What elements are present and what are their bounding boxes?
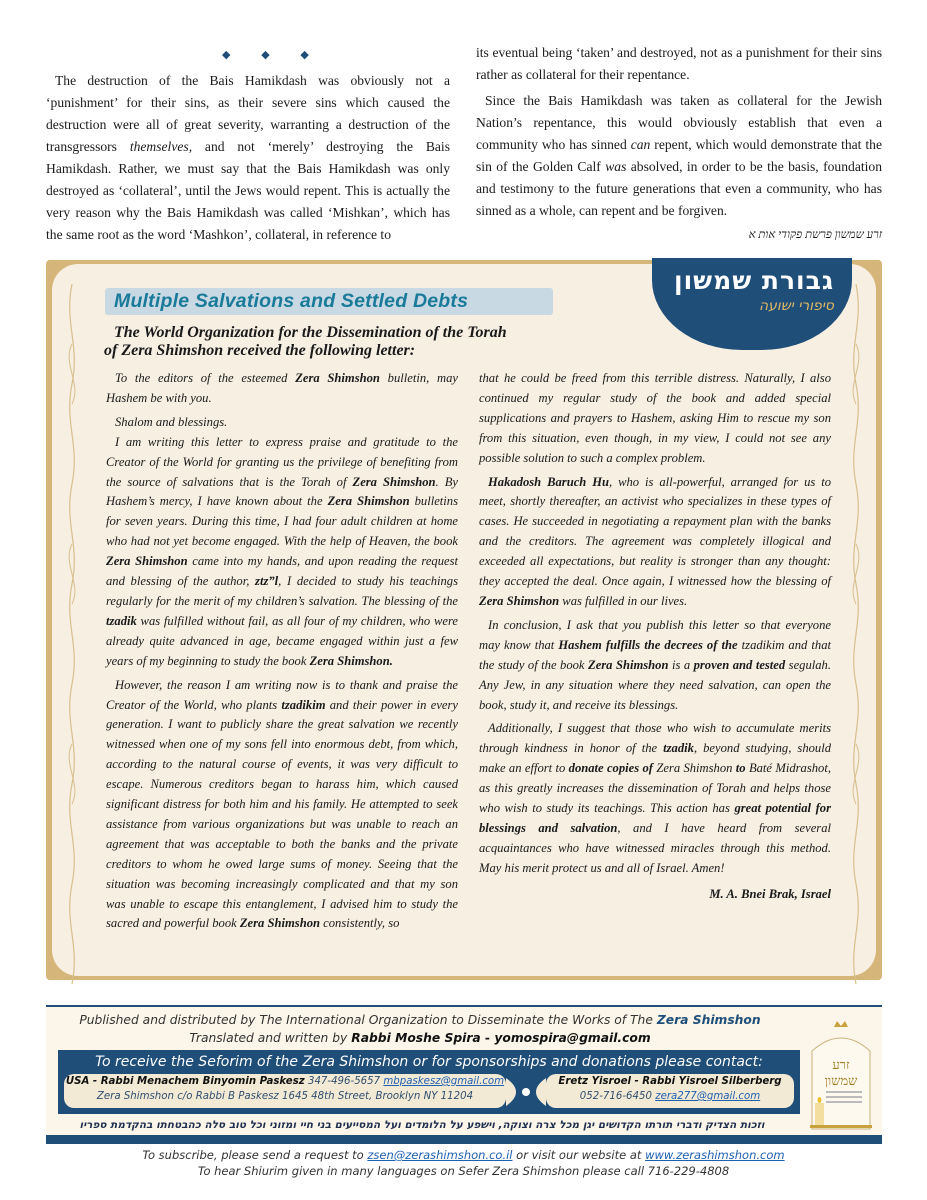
translator-line: Translated and written by Rabbi Moshe Sp… xyxy=(46,1031,794,1045)
letter-paragraph: Additionally, I suggest that those who w… xyxy=(479,719,831,878)
letter-paragraph: I am writing this letter to express prai… xyxy=(106,433,458,672)
letter-paragraph: Hakadosh Baruch Hu, who is all-powerful,… xyxy=(479,473,831,612)
article-section: ◆ ◆ ◆ The destruction of the Bais Hamikd… xyxy=(0,0,927,250)
article-paragraph: Since the Bais Hamikdash was taken as co… xyxy=(476,90,882,222)
website-link[interactable]: www.zerashimshon.com xyxy=(645,1148,785,1162)
letter-title-bar: Multiple Salvations and Settled Debts xyxy=(105,288,553,315)
publisher-line: Published and distributed by The Interna… xyxy=(46,1013,794,1027)
article-paragraph: The destruction of the Bais Hamikdash wa… xyxy=(46,70,450,246)
separator-diamonds: ◆ ◆ ◆ xyxy=(222,48,323,61)
letter-column-right: that he could be freed from this terribl… xyxy=(479,369,831,905)
contact-usa: USA - Rabbi Menachem Binyomin Paskesz 34… xyxy=(64,1074,506,1108)
footer-bottom-rule xyxy=(46,1135,882,1144)
contact-band: To receive the Seforim of the Zera Shims… xyxy=(58,1050,800,1114)
shiurim-line: To hear Shiurim given in many languages … xyxy=(0,1164,927,1178)
letter-box: גבורת שמשון סיפורי ישועה Multiple Salvat… xyxy=(52,264,876,976)
usa-phone: 347-496-5657 xyxy=(305,1076,384,1087)
letter-paragraph: To the editors of the esteemed Zera Shim… xyxy=(106,369,458,409)
letter-signature: M. A. Bnei Brak, Israel xyxy=(479,885,831,905)
israel-phone: 052-716-6450 xyxy=(580,1091,655,1102)
usa-address: Zera Shimshon c/o Rabbi B Paskesz 1645 4… xyxy=(64,1089,506,1104)
hebrew-blessing: וזכות הצדיק ודברי תורתו הקדושים יגן מכל … xyxy=(46,1119,798,1131)
letter-intro: The World Organization for the Dissemina… xyxy=(104,324,564,360)
letter-paragraph: Shalom and blessings. xyxy=(106,413,458,433)
badge-subtitle: סיפורי ישועה xyxy=(759,298,834,314)
contact-heading: To receive the Seforim of the Zera Shims… xyxy=(58,1054,800,1070)
ornament-right-icon xyxy=(846,284,866,984)
israel-email-link[interactable]: zera277@gmail.com xyxy=(655,1091,760,1102)
subscribe-email-link[interactable]: zsen@zerashimshon.co.il xyxy=(367,1148,512,1162)
article-paragraph: its eventual being ‘taken’ and destroyed… xyxy=(476,42,882,86)
badge-title: גבורת שמשון xyxy=(674,266,834,295)
letter-paragraph: that he could be freed from this terribl… xyxy=(479,369,831,469)
zera-shimshon-logo-icon: זרע שמשון xyxy=(806,1021,876,1131)
connector-dot-icon xyxy=(506,1078,546,1106)
letter-column-left: To the editors of the esteemed Zera Shim… xyxy=(106,369,458,934)
ornament-left-icon xyxy=(62,284,82,984)
section-badge: גבורת שמשון סיפורי ישועה xyxy=(652,258,852,350)
subscribe-line: To subscribe, please send a request to z… xyxy=(0,1148,927,1162)
article-column-right: its eventual being ‘taken’ and destroyed… xyxy=(476,42,882,246)
letter-box-frame: גבורת שמשון סיפורי ישועה Multiple Salvat… xyxy=(46,260,882,980)
source-reference: זרע שמשון פרשת פקודי אות א xyxy=(476,224,882,246)
svg-text:זרע: זרע xyxy=(832,1058,850,1073)
letter-paragraph: However, the reason I am writing now is … xyxy=(106,676,458,935)
usa-email-link[interactable]: mbpaskesz@gmail.com xyxy=(383,1076,504,1087)
letter-paragraph: In conclusion, I ask that you publish th… xyxy=(479,616,831,716)
footer: Published and distributed by The Interna… xyxy=(46,1007,882,1135)
letter-title: Multiple Salvations and Settled Debts xyxy=(114,290,468,313)
contact-israel: Eretz Yisroel - Rabbi Yisroel Silberberg… xyxy=(546,1074,794,1108)
article-column-left: The destruction of the Bais Hamikdash wa… xyxy=(46,70,450,246)
svg-text:שמשון: שמשון xyxy=(825,1074,859,1089)
